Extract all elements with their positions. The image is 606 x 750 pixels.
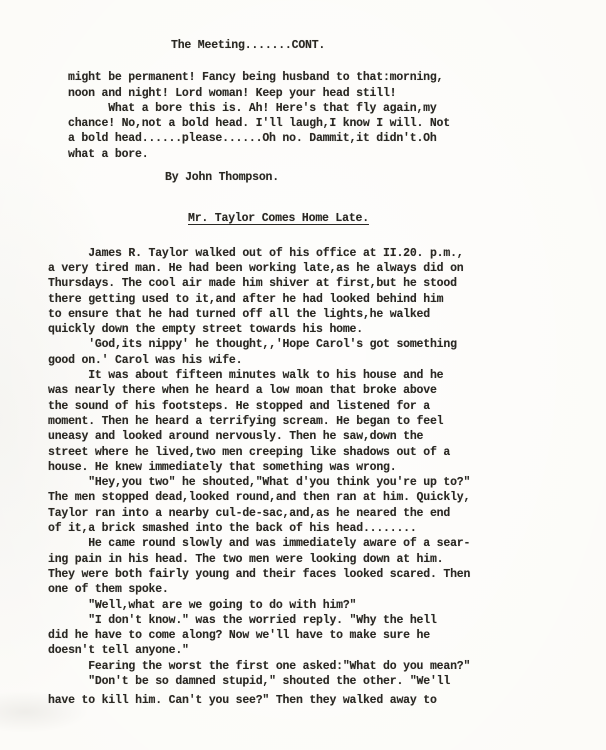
story-taylor-lines: James R. Taylor walked out of his office… <box>48 246 606 709</box>
text-line: house. He knew immediately that somethin… <box>48 460 606 475</box>
text-line: uneasy and looked around nervously. Then… <box>48 429 606 444</box>
story-meeting-lines: might be permanent! Fancy being husband … <box>68 70 606 162</box>
text-line: "Don't be so damned stupid," shouted the… <box>48 674 606 689</box>
story-taylor-section: Mr. Taylor Comes Home Late. James R. Tay… <box>0 211 606 708</box>
text-line: The men stopped dead,looked round,and th… <box>48 490 606 505</box>
text-line: to ensure that he had turned off all the… <box>48 307 606 322</box>
story-heading: Mr. Taylor Comes Home Late. <box>188 211 606 226</box>
text-line: chance! No,not a bold head. I'll laugh,I… <box>68 116 606 131</box>
text-line: "Hey,you two" he shouted,"What d'you thi… <box>48 475 606 490</box>
text-line: did he have to come along? Now we'll hav… <box>48 628 606 643</box>
text-line: doesn't tell anyone." <box>48 643 606 658</box>
text-line: noon and night! Lord woman! Keep your he… <box>68 86 606 101</box>
text-line: have to kill him. Can't you see?" Then t… <box>48 693 606 708</box>
text-line: one of them spoke. <box>48 582 606 597</box>
text-line: a bold head......please......Oh no. Damm… <box>68 131 606 146</box>
text-line: a very tired man. He had been working la… <box>48 261 606 276</box>
text-line: James R. Taylor walked out of his office… <box>48 246 606 261</box>
text-line: there getting used to it,and after he ha… <box>48 292 606 307</box>
text-line: might be permanent! Fancy being husband … <box>68 70 606 85</box>
typewritten-page: The Meeting.......CONT. might be permane… <box>0 0 606 750</box>
text-line: He came round slowly and was immediately… <box>48 536 606 551</box>
text-line: Taylor ran into a nearby cul-de-sac,and,… <box>48 506 606 521</box>
text-line: of it,a brick smashed into the back of h… <box>48 521 606 536</box>
text-line: "I don't know." was the worried reply. "… <box>48 613 606 628</box>
story-meeting-section: The Meeting.......CONT. might be permane… <box>0 38 606 185</box>
text-line: They were both fairly young and their fa… <box>48 567 606 582</box>
text-line: ing pain in his head. The two men were l… <box>48 552 606 567</box>
text-line: Thursdays. The cool air made him shiver … <box>48 276 606 291</box>
text-line: what a bore. <box>68 147 606 162</box>
page-title: The Meeting.......CONT. <box>171 38 606 53</box>
text-line: moment. Then he heard a terrifying screa… <box>48 414 606 429</box>
text-line: good on.' Carol was his wife. <box>48 353 606 368</box>
author-byline: By John Thompson. <box>165 170 606 185</box>
text-line: "Well,what are we going to do with him?" <box>48 598 606 613</box>
text-line: Fearing the worst the first one asked:"W… <box>48 659 606 674</box>
text-line: the sound of his footsteps. He stopped a… <box>48 399 606 414</box>
text-line: street where he lived,two men creeping l… <box>48 445 606 460</box>
text-line: quickly down the empty street towards hi… <box>48 322 606 337</box>
text-line: What a bore this is. Ah! Here's that fly… <box>68 101 606 116</box>
text-line: It was about fifteen minutes walk to his… <box>48 368 606 383</box>
text-line: 'God,its nippy' he thought,,'Hope Carol'… <box>48 337 606 352</box>
text-line: was nearly there when he heard a low moa… <box>48 383 606 398</box>
